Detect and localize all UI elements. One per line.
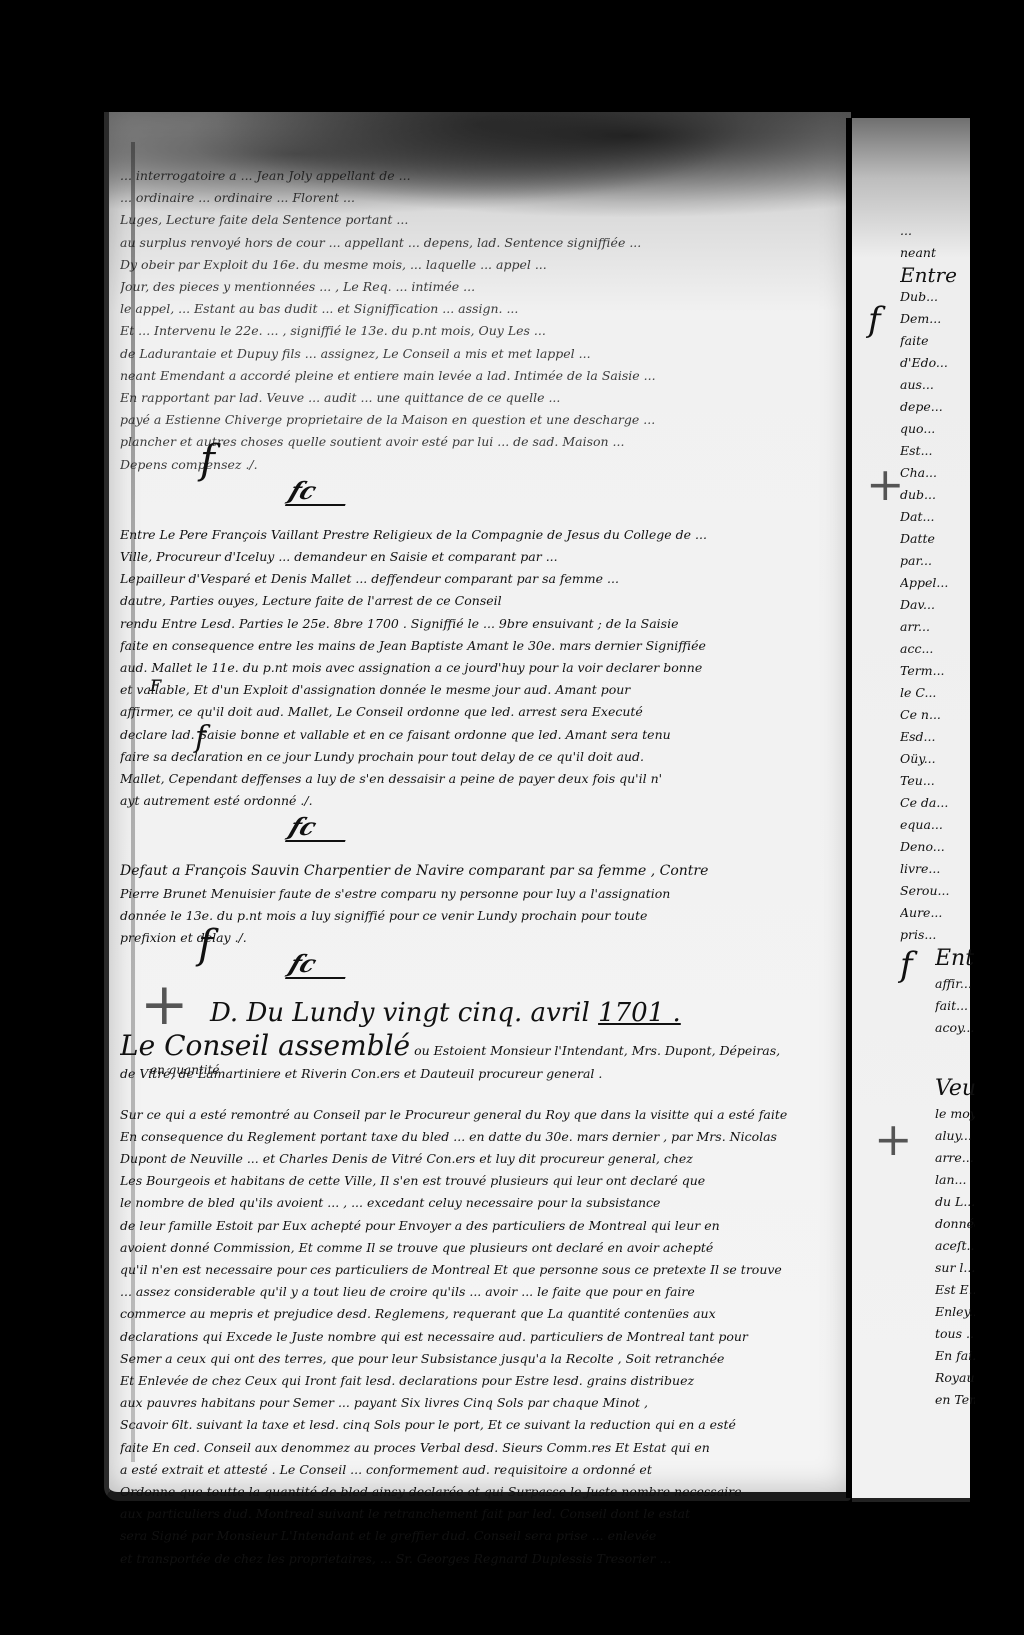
text-line: ... ordinaire ... ordinaire ... Florent … <box>120 187 820 209</box>
date-text: Du Lundy vingt cinq. avril <box>246 998 589 1028</box>
right-page-text-bottom: Veu le moy... aluy... arre... lan... du … <box>935 1075 975 1411</box>
text-line: Et ... Intervenu le 22e. ... , signiffié… <box>120 320 820 342</box>
date-year: 1701 . <box>598 998 681 1028</box>
right-page-text-entry: Entr affir... fait... acoy... <box>935 945 975 1039</box>
text-line: Enley... <box>935 1301 975 1323</box>
text-line: de leur famille Estoit par Eux achepté p… <box>120 1215 820 1237</box>
text-line: Est E... <box>935 1279 975 1301</box>
right-pencil-cross-icon: + <box>866 455 905 513</box>
text-line: donnée <box>935 1213 975 1235</box>
text-line: faire sa declaration en ce jour Lundy pr… <box>120 746 820 768</box>
attendance-text: ou Estoient Monsieur l'Intendant, Mrs. D… <box>414 1043 780 1058</box>
text-line: aus... <box>900 374 970 396</box>
text-line: lan... <box>935 1169 975 1191</box>
text-line: Cha... <box>900 462 970 484</box>
text-line: En consequence du Reglement portant taxe… <box>120 1126 820 1148</box>
text-line: ayt autrement esté ordonné ./. <box>120 790 820 812</box>
text-line: rendu Entre Lesd. Parties le 25e. 8bre 1… <box>120 613 820 635</box>
text-line: depe... <box>900 396 970 418</box>
text-line: aud. Mallet le 11e. du p.nt mois avec as… <box>120 657 820 679</box>
text-line: aluy... <box>935 1125 975 1147</box>
text-line: neant <box>900 242 970 264</box>
text-line: equa... <box>900 814 970 836</box>
text-line: Scavoir 6lt. suivant la taxe et lesd. ci… <box>120 1414 820 1436</box>
text-line: commerce au mepris et prejudice desd. Re… <box>120 1303 820 1325</box>
text-line: Est... <box>900 440 970 462</box>
text-line: neant Emendant a accordé pleine et entie… <box>120 365 820 387</box>
clerk-signature-paraph: fc <box>285 478 355 506</box>
text-line: Dat... <box>900 506 970 528</box>
text-line: ... assez considerable qu'il y a tout li… <box>120 1281 820 1303</box>
text-line: donnée le 13e. du p.nt mois a luy signif… <box>120 905 820 927</box>
text-line: livre... <box>900 858 970 880</box>
text-line: faite <box>900 330 970 352</box>
register-entry-grain-regulation: Sur ce qui a esté remontré au Conseil pa… <box>120 1104 820 1570</box>
text-line: Sur ce qui a esté remontré au Conseil pa… <box>120 1104 820 1126</box>
text-line: Veu <box>935 1075 975 1103</box>
text-line: Esd... <box>900 726 970 748</box>
text-line: Entre Le Pere François Vaillant Prestre … <box>120 524 820 546</box>
text-line: Ce n... <box>900 704 970 726</box>
text-line: affir... <box>935 973 975 995</box>
text-line: Ordonne que toutte la quantité de bled a… <box>120 1481 820 1503</box>
text-line: arre... <box>935 1147 975 1169</box>
text-line: Luges, Lecture faite dela Sentence porta… <box>120 209 820 231</box>
text-line: en Ten... <box>935 1389 975 1411</box>
text-line: Dupont de Neuville ... et Charles Denis … <box>120 1148 820 1170</box>
text-line: le appel, ... Estant au bas dudit ... et… <box>120 298 820 320</box>
right-pencil-cross-icon: + <box>874 1110 913 1168</box>
text-line: Semer a ceux qui ont des terres, que pou… <box>120 1348 820 1370</box>
text-line: Appel... <box>900 572 970 594</box>
text-line: acc... <box>900 638 970 660</box>
text-line: a esté extrait et attesté . Le Conseil .… <box>120 1459 820 1481</box>
text-line: Aure... <box>900 902 970 924</box>
text-line: Oüy... <box>900 748 970 770</box>
text-line: sera Signé par Monsieur L'Intendant et l… <box>120 1525 820 1547</box>
text-line: Mallet, Cependant deffenses a luy de s'e… <box>120 768 820 790</box>
text-line: Lepailleur d'Vesparé et Denis Mallet ...… <box>120 568 820 590</box>
text-line: En fai... <box>935 1345 975 1367</box>
text-line: Defaut a François Sauvin Charpentier de … <box>120 860 820 882</box>
text-line: faite En ced. Conseil aux denommez au pr… <box>120 1437 820 1459</box>
text-line: Pierre Brunet Menuisier faute de s'estre… <box>120 883 820 905</box>
text-line: declare lad. Saisie bonne et vallable et… <box>120 724 820 746</box>
text-line: faite en consequence entre les mains de … <box>120 635 820 657</box>
session-heading: D. Du Lundy vingt cinq. avril 1701 . Le … <box>120 997 820 1085</box>
text-line: de Vitré, de Lamartiniere et Riverin Con… <box>120 1063 820 1085</box>
text-line: tous ... <box>935 1323 975 1345</box>
text-line: et vallable, Et d'un Exploit d'assignati… <box>120 679 820 701</box>
text-line: Teu... <box>900 770 970 792</box>
date-prefix: D. <box>210 998 238 1028</box>
session-date: D. Du Lundy vingt cinq. avril 1701 . <box>210 997 820 1029</box>
council-heading: Le Conseil assemblé <box>120 1029 410 1062</box>
text-line: plancher et autres choses quelle soutien… <box>120 431 820 453</box>
text-line: Dy obeir par Exploit du 16e. du mesme mo… <box>120 254 820 276</box>
text-line: Datte <box>900 528 970 550</box>
text-line: quo... <box>900 418 970 440</box>
text-line: qu'il n'en est necessaire pour ces parti… <box>120 1259 820 1281</box>
text-line: Depens compensez ./. <box>120 454 820 476</box>
text-line: de Ladurantaie et Dupuy fils ... assigne… <box>120 343 820 365</box>
text-line: le moy... <box>935 1103 975 1125</box>
text-line: Jour, des pieces y mentionnées ... , Le … <box>120 276 820 298</box>
text-line: prefixion et delay ./. <box>120 927 820 949</box>
text-line: d'Edo... <box>900 352 970 374</box>
text-line: aux particuliers dud. Montreal suivant l… <box>120 1503 820 1525</box>
register-entry-default-judgment: Defaut a François Sauvin Charpentier de … <box>120 860 820 979</box>
text-line: Royau... <box>935 1367 975 1389</box>
text-line: avoient donné Commission, Et comme Il se… <box>120 1237 820 1259</box>
text-line: ... interrogatoire a ... Jean Joly appel… <box>120 165 820 187</box>
text-line: le C... <box>900 682 970 704</box>
right-page-text-top: ... neant Entre Dub... Dem... faite d'Ed… <box>900 220 970 946</box>
register-entry-continuation: ... interrogatoire a ... Jean Joly appel… <box>120 165 820 506</box>
text-line: Dub... <box>900 286 970 308</box>
text-line: Deno... <box>900 836 970 858</box>
text-line: ... <box>900 220 970 242</box>
text-line: Serou... <box>900 880 970 902</box>
attendance-line: Le Conseil assemblé ou Estoient Monsieur… <box>120 1029 820 1063</box>
clerk-signature-paraph: fc <box>285 951 355 979</box>
text-line: et transportée de chez les proprietaires… <box>120 1548 820 1570</box>
text-line: En rapportant par lad. Veuve ... audit .… <box>120 387 820 409</box>
right-margin-mark-f-icon: f <box>868 300 881 340</box>
text-line: pris... <box>900 924 970 946</box>
text-line: le nombre de bled qu'ils avoient ... , .… <box>120 1192 820 1214</box>
text-line: Dem... <box>900 308 970 330</box>
text-line: Les Bourgeois et habitans de cette Ville… <box>120 1170 820 1192</box>
text-line: au surplus renvoyé hors de cour ... appe… <box>120 232 820 254</box>
text-line: dautre, Parties ouyes, Lecture faite de … <box>120 590 820 612</box>
right-margin-mark-f-icon: f <box>900 945 913 985</box>
text-line: fait... <box>935 995 975 1017</box>
text-line: Entr <box>935 945 975 973</box>
text-line: aux pauvres habitans pour Semer ... paya… <box>120 1392 820 1414</box>
text-line: Ville, Procureur d'Iceluy ... demandeur … <box>120 546 820 568</box>
manuscript-body: ... interrogatoire a ... Jean Joly appel… <box>120 165 820 1588</box>
text-line: Et Enlevée de chez Ceux qui Iront fait l… <box>120 1370 820 1392</box>
clerk-signature-paraph: fc <box>285 814 355 842</box>
text-line: Dav... <box>900 594 970 616</box>
text-line: declarations qui Excede le Juste nombre … <box>120 1326 820 1348</box>
text-line: affirmer, ce qu'il doit aud. Mallet, Le … <box>120 701 820 723</box>
text-line: acoy... <box>935 1017 975 1039</box>
text-line: Ce da... <box>900 792 970 814</box>
text-line: payé a Estienne Chiverge proprietaire de… <box>120 409 820 431</box>
register-entry-jesuit-seizure: Entre Le Pere François Vaillant Prestre … <box>120 524 820 843</box>
text-line: du L... <box>935 1191 975 1213</box>
text-line: arr... <box>900 616 970 638</box>
text-line: aceſt... <box>935 1235 975 1257</box>
text-line: sur l... <box>935 1257 975 1279</box>
text-line: par... <box>900 550 970 572</box>
text-line: Term... <box>900 660 970 682</box>
text-line: Entre <box>900 264 970 286</box>
text-line: dub... <box>900 484 970 506</box>
